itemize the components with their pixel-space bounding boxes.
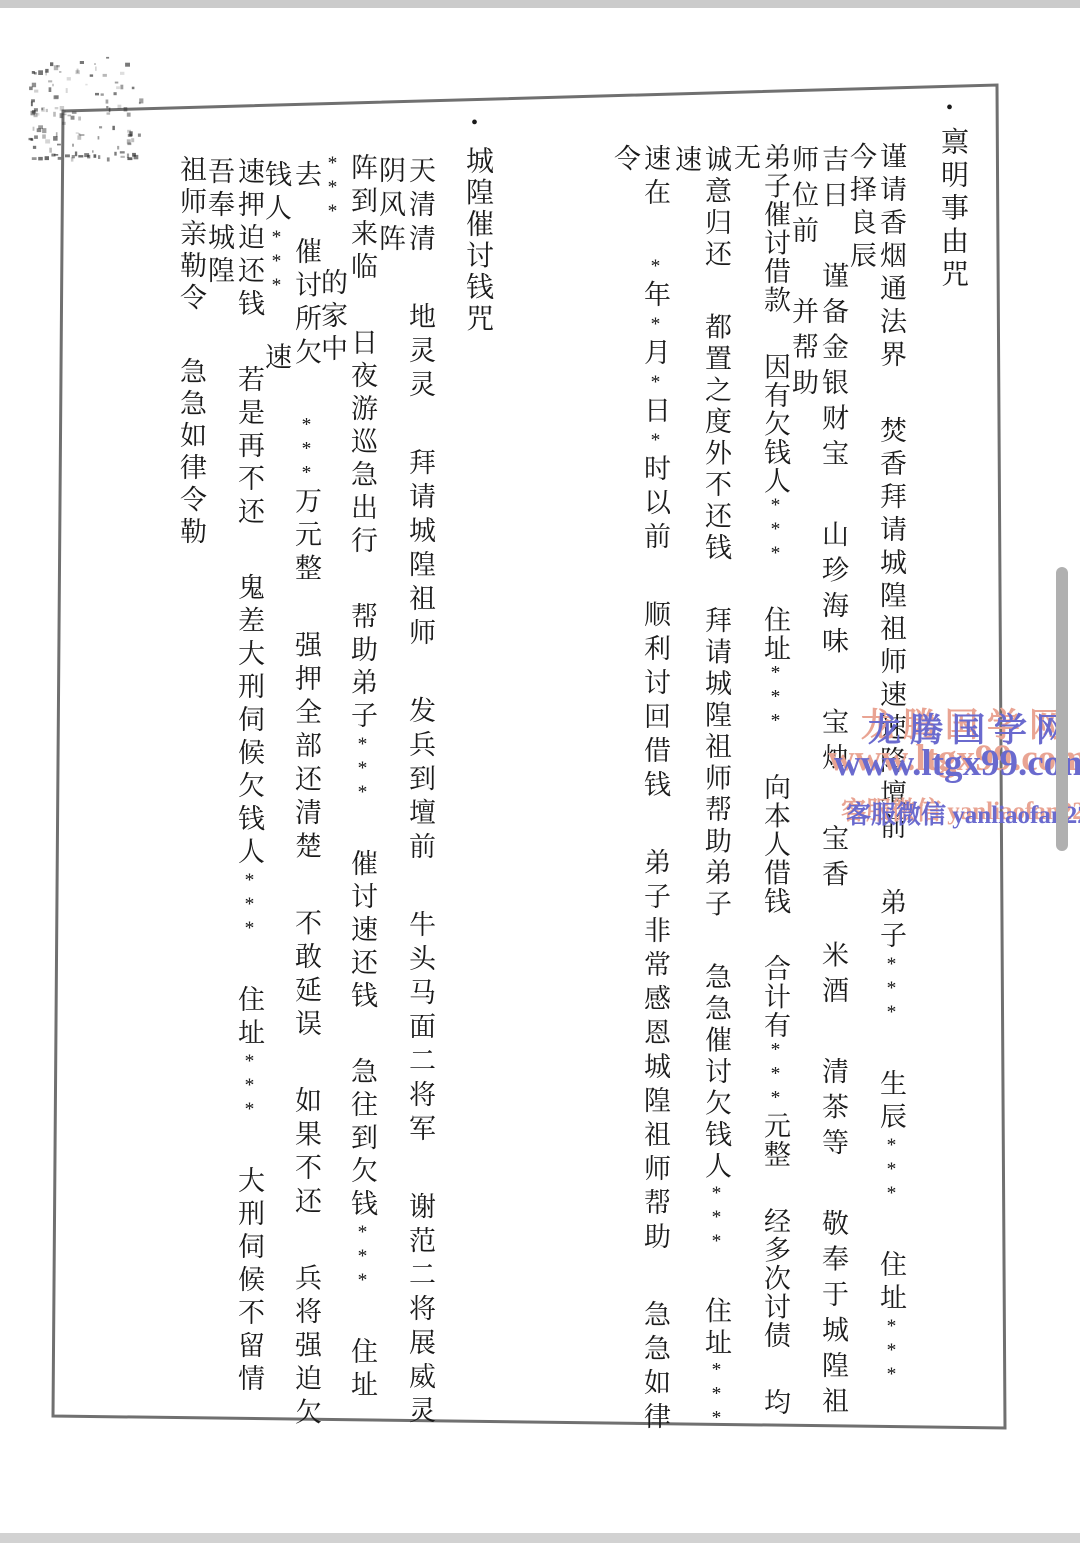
scrollbar-thumb[interactable] — [1056, 567, 1068, 851]
text-column: 速在 *年*月*日*时以前 顺利讨回借钱 弟子非常感恩城隍祖师帮助 急急如律令 — [640, 144, 670, 1444]
viewer-top-bar — [0, 0, 1080, 8]
section-2-title: 城隍催讨钱咒 — [462, 146, 492, 1446]
text-column: 吉日 谨备金银财宝 山珍海味 宝烛 宝香 米酒 清茶等 敬奉于城隍祖师位前 并帮… — [818, 145, 848, 1445]
text-column: 谨请香烟通法界 焚香拜请城隍祖师速速降壇前 弟子*** 生辰*** 住址*** … — [876, 142, 906, 1442]
text-column: 阵到来临 日夜游巡急出行 帮助弟子*** 催讨速还钱 急往到欠钱*** 住址**… — [347, 153, 377, 1453]
text-column: 诚意归还 都置之度外不还钱 拜请城隍祖师帮助弟子 急急催讨欠钱人*** 住址**… — [701, 145, 731, 1445]
section-2-bullet: • — [471, 113, 478, 133]
scan-viewer: { "document": { "sections": [ { "bullet"… — [0, 0, 1080, 1543]
text-column: 祖师亲勒令 急急如律令勒 — [176, 155, 206, 1455]
text-column: 去 催讨所欠 ***万元整 强押全部还清楚 不敢延误 如果不还 兵将强迫欠钱人*… — [291, 160, 321, 1460]
stamp-noise — [29, 57, 144, 162]
viewer-bottom-bar — [0, 1533, 1080, 1543]
text-column: 弟子催讨借款 因有欠钱人*** 住址*** 向本人借钱 合计有***元整 经多次… — [760, 143, 790, 1443]
section-1-bullet: • — [946, 98, 953, 118]
text-column: 速押迫还钱 若是再不还 鬼差大刑伺候欠钱人*** 住址*** 大刑伺候不留情 吾… — [234, 157, 264, 1457]
watermark-url: www.ltgx99.com — [834, 742, 1080, 785]
text-column: 天清清 地灵灵 拜请城隍祖师 发兵到壇前 牛头马面二将军 谢范二将展威灵 阴风阵 — [405, 156, 435, 1456]
watermark-contact: 客服微信 yanliaofan225 — [846, 795, 1080, 831]
